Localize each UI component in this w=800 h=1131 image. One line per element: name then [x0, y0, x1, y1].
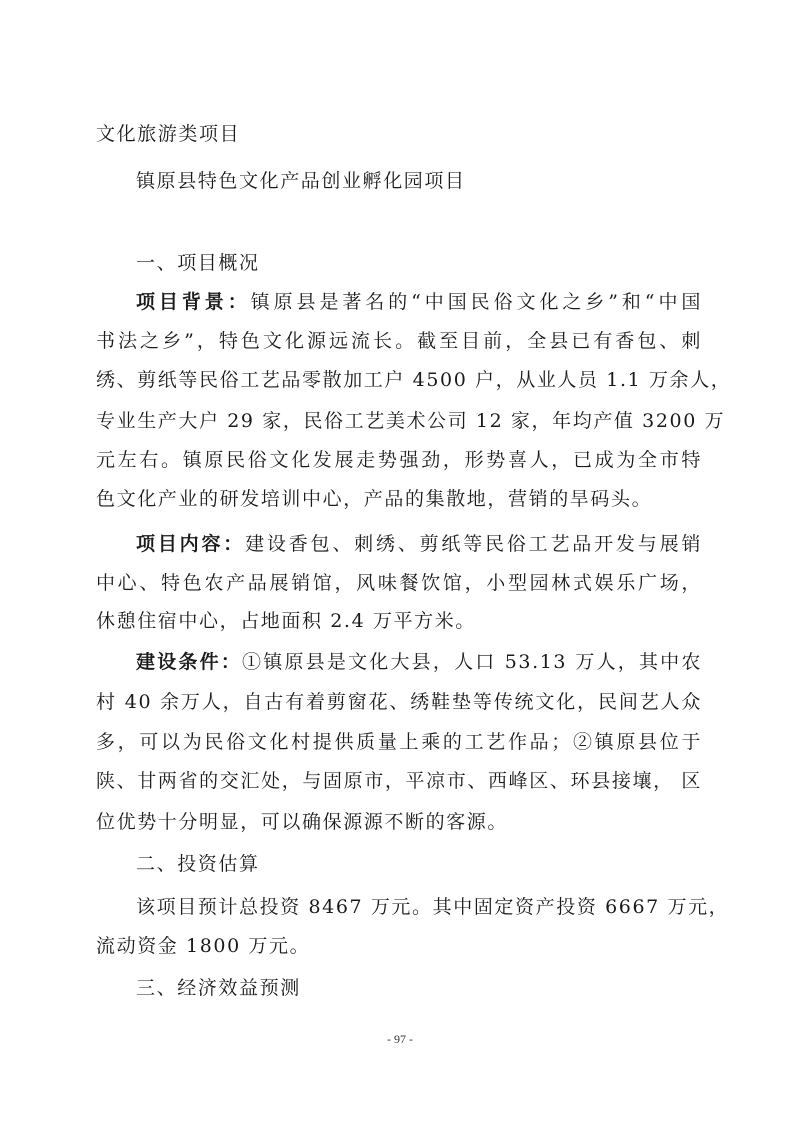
- section-heading-economic: 三、经济效益预测: [136, 976, 702, 1000]
- investment-line-2: 流动资金 1800 万元。: [96, 934, 702, 958]
- background-line-3: 绣、剪纸等民俗工艺品零散加工户 4500 户，从业人员 1.1 万余人，: [96, 368, 702, 392]
- background-text: 镇原县是著名的“中国民俗文化之乡”和“中国: [251, 291, 702, 313]
- document-page: 文化旅游类项目 镇原县特色文化产品创业孵化园项目 一、项目概况 项目背景：镇原县…: [0, 0, 800, 1131]
- page-number: - 97 -: [0, 1032, 800, 1047]
- background-line-1: 项目背景：镇原县是著名的“中国民俗文化之乡”和“中国: [136, 290, 702, 314]
- background-label: 项目背景：: [136, 291, 251, 313]
- conditions-line-4: 陕、甘两省的交汇处，与固原市，平凉市、西峰区、环县接壤， 区: [96, 769, 702, 793]
- conditions-line-1: 建设条件：①镇原县是文化大县，人口 53.13 万人，其中农: [136, 650, 702, 674]
- conditions-line-3: 多，可以为民俗文化村提供质量上乘的工艺作品；②镇原县位于: [96, 730, 702, 754]
- investment-line-1: 该项目预计总投资 8467 万元。其中固定资产投资 6667 万元，: [136, 895, 702, 919]
- background-line-2: 书法之乡”，特色文化源远流长。截至目前，全县已有香包、刺: [96, 329, 702, 353]
- conditions-label: 建设条件：: [136, 651, 242, 673]
- background-line-5: 元左右。镇原民俗文化发展走势强劲，形势喜人，已成为全市特: [96, 448, 702, 472]
- content-line-3: 休憩住宿中心，占地面积 2.4 万平方米。: [96, 609, 702, 633]
- content-line-1: 项目内容：建设香包、刺绣、剪纸等民俗工艺品开发与展销: [136, 532, 702, 556]
- content-line-2: 中心、特色农产品展销馆，风味餐饮馆，小型园林式娱乐广场，: [96, 571, 702, 595]
- conditions-line-5: 位优势十分明显，可以确保源源不断的客源。: [96, 810, 702, 834]
- project-title: 镇原县特色文化产品创业孵化园项目: [136, 169, 702, 193]
- background-line-4: 专业生产大户 29 家，民俗工艺美术公司 12 家，年均产值 3200 万: [96, 409, 702, 433]
- content-label: 项目内容：: [136, 533, 245, 555]
- background-line-6: 色文化产业的研发培训中心，产品的集散地，营销的旱码头。: [96, 487, 702, 511]
- section-heading-investment: 二、投资估算: [136, 852, 702, 876]
- conditions-text: ①镇原县是文化大县，人口 53.13 万人，其中农: [242, 651, 702, 673]
- section-heading-overview: 一、项目概况: [136, 251, 702, 275]
- category-title: 文化旅游类项目: [96, 122, 702, 146]
- conditions-line-2: 村 40 余万人，自古有着剪窗花、绣鞋垫等传统文化，民间艺人众: [96, 690, 702, 714]
- content-text: 建设香包、刺绣、剪纸等民俗工艺品开发与展销: [245, 533, 702, 555]
